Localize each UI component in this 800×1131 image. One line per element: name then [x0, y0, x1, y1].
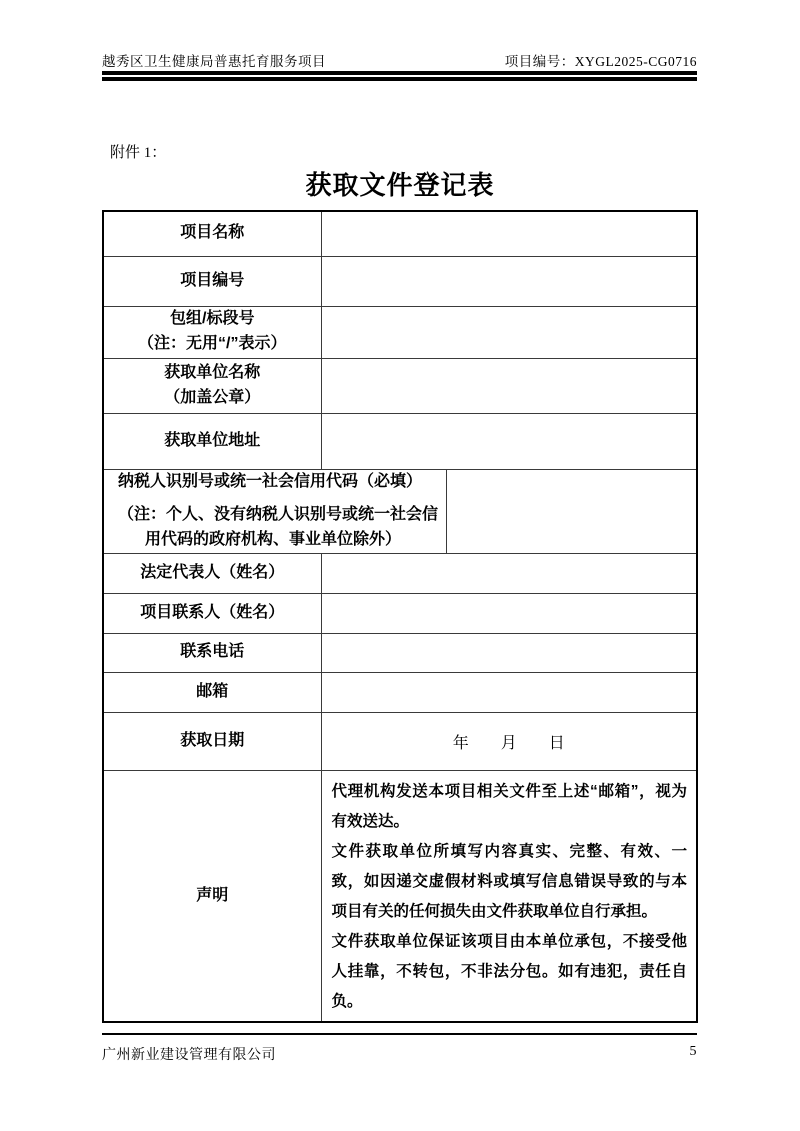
- row-value-cell: [321, 256, 697, 306]
- row-label-cell: 项目编号: [103, 256, 321, 306]
- row-label-line: 项目联系人（姓名）: [104, 601, 321, 626]
- table-row: 法定代表人（姓名）: [103, 553, 697, 593]
- row-label-line: 获取单位名称: [104, 361, 321, 386]
- row-label-cell: 邮箱: [103, 672, 321, 712]
- declaration-paragraph: 文件获取单位所填写内容真实、完整、有效、一致，如因递交虚假材料或填写信息错误导致…: [332, 837, 688, 927]
- row-label-cell: 法定代表人（姓名）: [103, 553, 321, 593]
- row-label-line: 纳税人识别号或统一社会信用代码（必填）: [118, 470, 440, 495]
- row-label-line: 包组/标段号: [104, 307, 321, 332]
- table-row: 项目编号: [103, 256, 697, 306]
- row-label-cell: 项目名称: [103, 211, 321, 256]
- row-label-line: （注：个人、没有纳税人识别号或统一社会信: [118, 503, 440, 528]
- row-label-cell: 获取单位名称（加盖公章）: [103, 358, 321, 413]
- registration-table: 项目名称项目编号包组/标段号（注：无用“/”表示）获取单位名称（加盖公章）获取单…: [102, 210, 698, 1023]
- row-value-cell: [321, 633, 697, 672]
- table-row: 联系电话: [103, 633, 697, 672]
- row-label-line: 用代码的政府机构、事业单位除外）: [118, 528, 440, 553]
- table-row: 项目名称: [103, 211, 697, 256]
- table-row: 项目联系人（姓名）: [103, 593, 697, 633]
- declaration-paragraph: 代理机构发送本项目相关文件至上述“邮箱”，视为有效送达。: [332, 777, 688, 837]
- page-footer: 广州新业建设管理有限公司 5: [102, 1044, 697, 1064]
- header-rule: [102, 71, 697, 81]
- page-title: 获取文件登记表: [0, 165, 800, 202]
- row-value-cell: [321, 306, 697, 358]
- declaration-paragraph: 文件获取单位保证该项目由本单位承包，不接受他人挂靠，不转包，不非法分包。如有违犯…: [332, 927, 688, 1017]
- footer-rule: [102, 1033, 697, 1035]
- row-label-cell: 包组/标段号（注：无用“/”表示）: [103, 306, 321, 358]
- header-project-code: 项目编号：XYGL2025-CG0716: [505, 50, 697, 70]
- table-row: 获取单位地址: [103, 413, 697, 469]
- table-row: 包组/标段号（注：无用“/”表示）: [103, 306, 697, 358]
- footer-page-number: 5: [690, 1044, 698, 1064]
- table-row: 声明代理机构发送本项目相关文件至上述“邮箱”，视为有效送达。文件获取单位所填写内…: [103, 770, 697, 1022]
- page-header: 越秀区卫生健康局普惠托育服务项目 项目编号：XYGL2025-CG0716: [102, 50, 697, 70]
- attachment-label: 附件 1：: [110, 141, 166, 162]
- row-value-cell: [446, 469, 697, 553]
- row-value-cell: [321, 358, 697, 413]
- document-page: 越秀区卫生健康局普惠托育服务项目 项目编号：XYGL2025-CG0716 附件…: [0, 0, 800, 1131]
- header-project-name: 越秀区卫生健康局普惠托育服务项目: [102, 50, 326, 70]
- row-label-cell: 获取单位地址: [103, 413, 321, 469]
- table-row: 获取日期年 月 日: [103, 712, 697, 770]
- row-label-line: 声明: [104, 884, 321, 909]
- footer-company: 广州新业建设管理有限公司: [102, 1044, 276, 1064]
- table-row: 获取单位名称（加盖公章）: [103, 358, 697, 413]
- row-value-cell: 年 月 日: [321, 712, 697, 770]
- row-value-cell: 代理机构发送本项目相关文件至上述“邮箱”，视为有效送达。文件获取单位所填写内容真…: [321, 770, 697, 1022]
- row-label-line: 法定代表人（姓名）: [104, 561, 321, 586]
- row-value-cell: [321, 553, 697, 593]
- row-value-cell: [321, 672, 697, 712]
- table-row: 邮箱: [103, 672, 697, 712]
- row-value-cell: [321, 413, 697, 469]
- row-label-line: 项目编号: [104, 269, 321, 294]
- row-label-cell: 联系电话: [103, 633, 321, 672]
- row-value-cell: [321, 211, 697, 256]
- table-row: 纳税人识别号或统一社会信用代码（必填）（注：个人、没有纳税人识别号或统一社会信用…: [103, 469, 697, 553]
- row-label-cell: 获取日期: [103, 712, 321, 770]
- row-label-line: 获取单位地址: [104, 429, 321, 454]
- row-label-line: （注：无用“/”表示）: [104, 332, 321, 357]
- row-label-cell: 纳税人识别号或统一社会信用代码（必填）（注：个人、没有纳税人识别号或统一社会信用…: [103, 469, 446, 553]
- row-label-line: 邮箱: [104, 680, 321, 705]
- row-value-cell: [321, 593, 697, 633]
- row-label-line: 获取日期: [104, 729, 321, 754]
- row-label-cell: 项目联系人（姓名）: [103, 593, 321, 633]
- row-label-cell: 声明: [103, 770, 321, 1022]
- row-label-line: （加盖公章）: [104, 386, 321, 411]
- row-label-line: 项目名称: [104, 221, 321, 246]
- row-label-line: 联系电话: [104, 640, 321, 665]
